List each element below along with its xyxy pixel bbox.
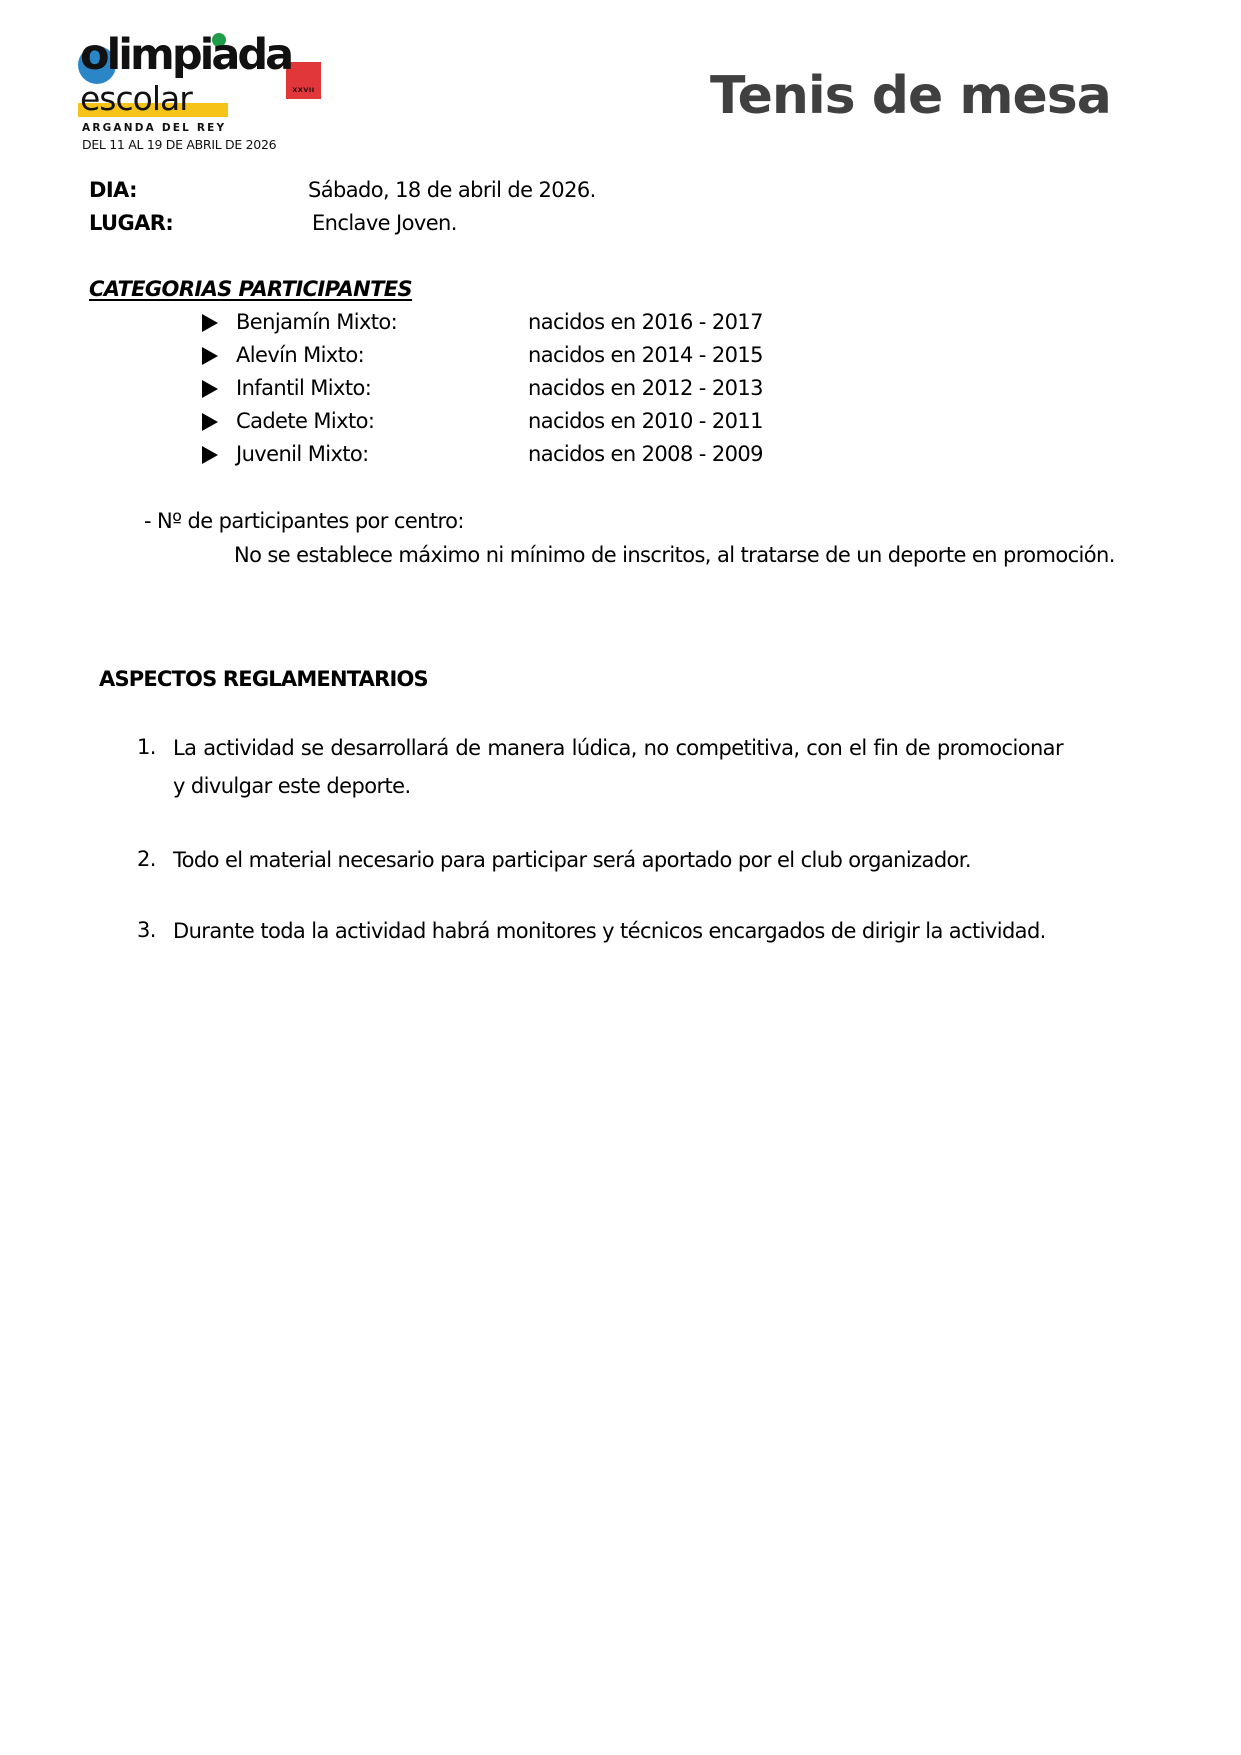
category-years: nacidos en 2016 - 2017: [528, 310, 763, 335]
participants-text: No se establece máximo ni mínimo de insc…: [234, 539, 1144, 572]
triangle-right-icon: [202, 314, 218, 332]
rule-number: 3.: [137, 918, 156, 942]
triangle-right-icon: [202, 446, 218, 464]
triangle-right-icon: [202, 347, 218, 365]
triangle-right-icon: [202, 380, 218, 398]
rule-number: 1.: [137, 735, 156, 759]
participants-label: - Nº de participantes por centro:: [144, 509, 464, 534]
rule-text: Todo el material necesario para particip…: [173, 841, 1133, 879]
logo-edition: XXVII: [288, 86, 319, 94]
category-years: nacidos en 2010 - 2011: [528, 409, 763, 434]
place-label: LUGAR:: [89, 211, 173, 236]
rule-number: 2.: [137, 847, 156, 871]
day-label: DIA:: [89, 178, 137, 203]
page-title: Tenis de mesa: [710, 66, 1111, 126]
category-name: Cadete Mixto:: [236, 409, 374, 434]
triangle-right-icon: [202, 413, 218, 431]
rule-text: Durante toda la actividad habrá monitore…: [173, 912, 1173, 950]
category-name: Benjamín Mixto:: [236, 310, 397, 335]
logo-dates: DEL 11 AL 19 DE ABRIL DE 2026: [82, 137, 276, 152]
olimpiada-escolar-logo: olimpiada XXVII escolar ARGANDA DEL REY …: [76, 30, 326, 160]
category-years: nacidos en 2014 - 2015: [528, 343, 763, 368]
place-value: Enclave Joven.: [312, 211, 457, 236]
category-name: Juvenil Mixto:: [236, 442, 369, 467]
category-name: Alevín Mixto:: [236, 343, 364, 368]
logo-word-olimpiada: olimpiada: [80, 34, 291, 77]
category-years: nacidos en 2012 - 2013: [528, 376, 763, 401]
rule-text: La actividad se desarrollará de manera l…: [173, 729, 1063, 805]
rules-heading: ASPECTOS REGLAMENTARIOS: [99, 667, 428, 692]
logo-place: ARGANDA DEL REY: [82, 122, 226, 134]
day-value: Sábado, 18 de abril de 2026.: [308, 178, 596, 203]
logo-word-escolar: escolar: [80, 82, 192, 115]
categories-heading: CATEGORIAS PARTICIPANTES: [89, 277, 412, 302]
category-name: Infantil Mixto:: [236, 376, 371, 401]
category-years: nacidos en 2008 - 2009: [528, 442, 763, 467]
